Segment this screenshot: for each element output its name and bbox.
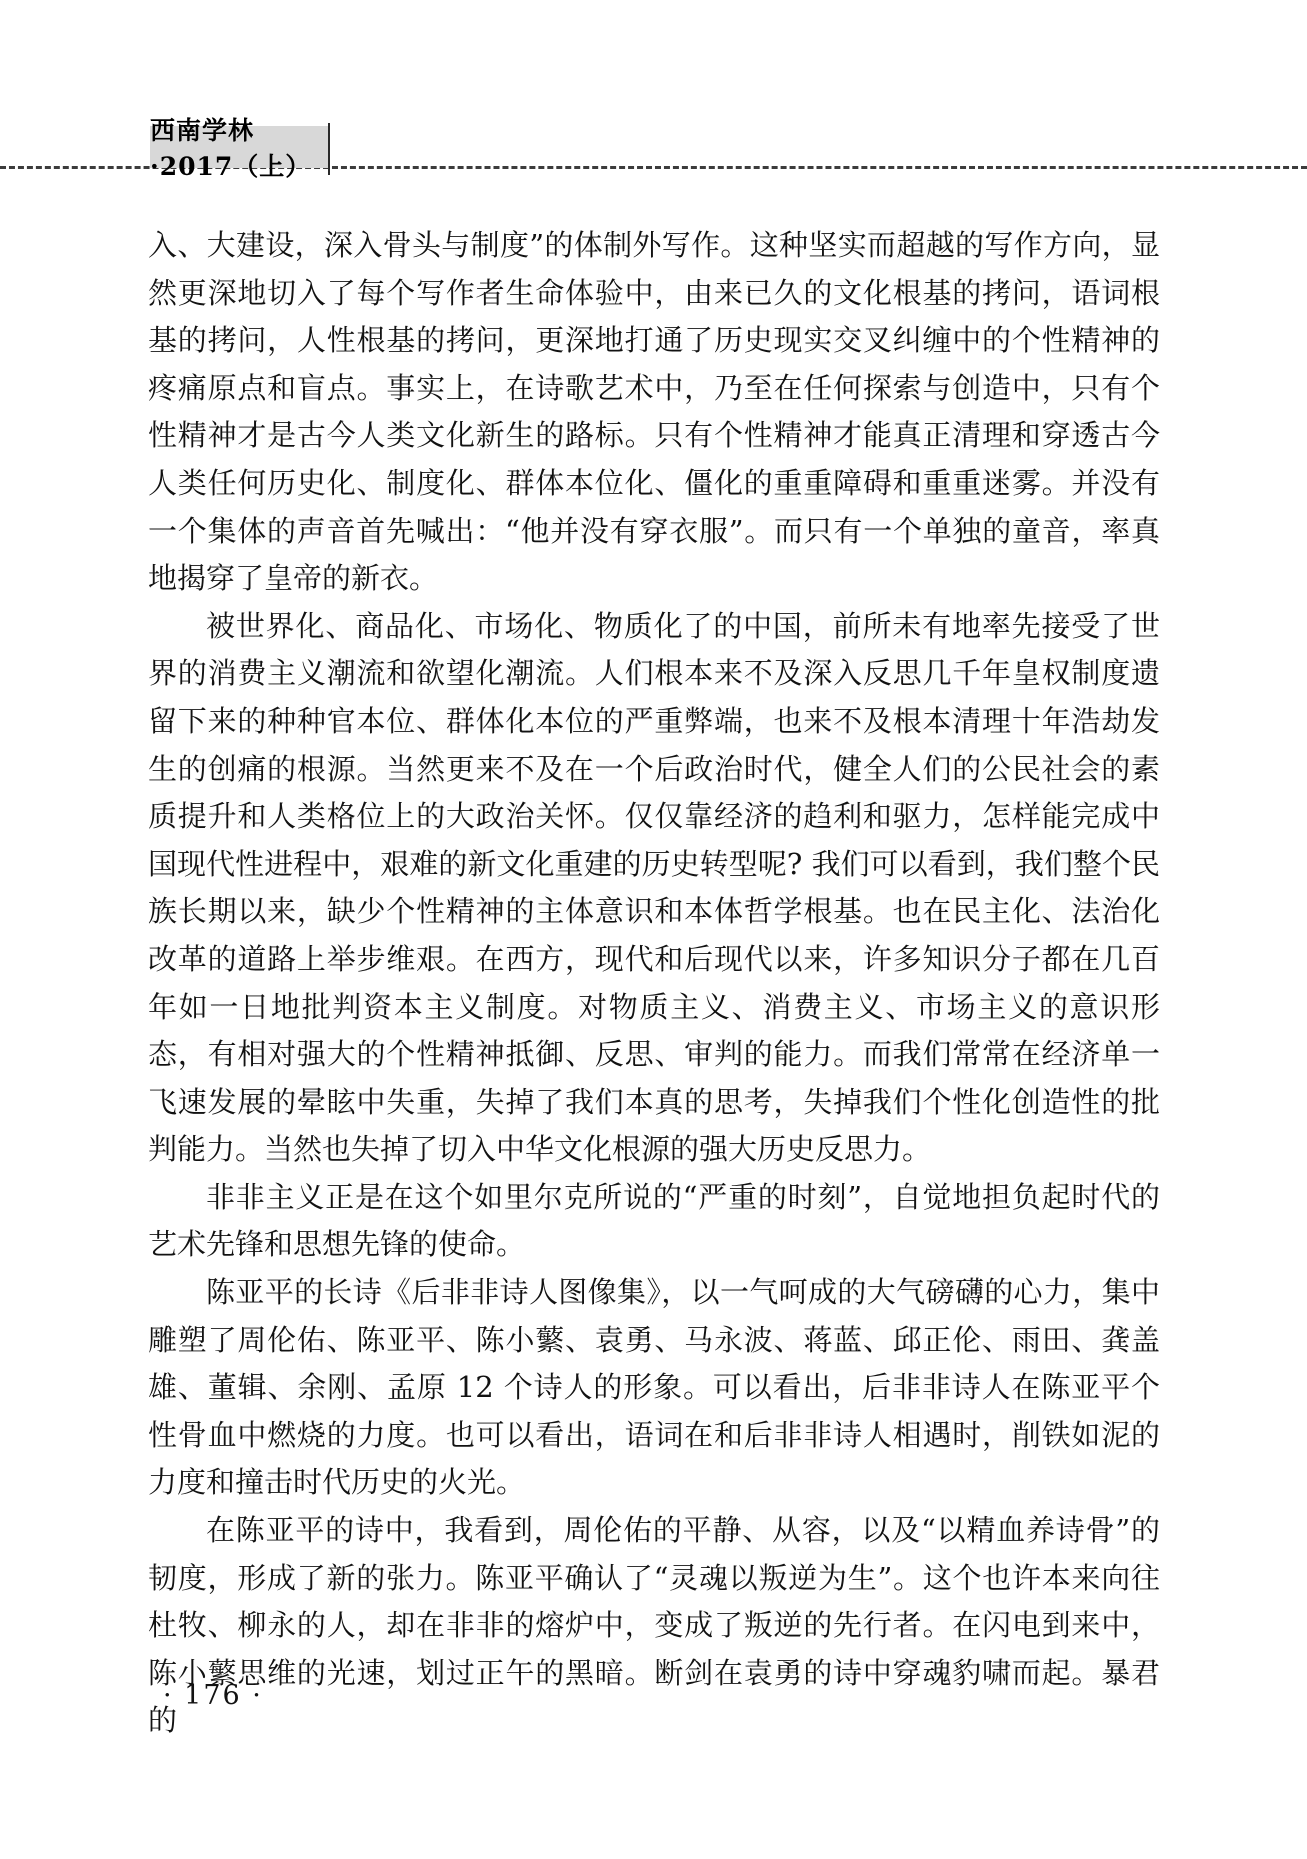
paragraph: 陈亚平的长诗《后非非诗人图像集》，以一气呵成的大气磅礴的心力，集中雕塑了周伦佑、… (148, 1269, 1160, 1507)
paragraph: 被世界化、商品化、市场化、物质化了的中国，前所未有地率先接受了世界的消费主义潮流… (148, 603, 1160, 1174)
paragraph-continuation: 入、大建设，深入骨头与制度”的体制外写作。这种坚实而超越的写作方向，显然更深地切… (148, 222, 1160, 603)
document-page: 西南学林·2017（上） 入、大建设，深入骨头与制度”的体制外写作。这种坚实而超… (0, 0, 1307, 1859)
page-number: · 176 · (163, 1680, 263, 1711)
article-body: 入、大建设，深入骨头与制度”的体制外写作。这种坚实而超越的写作方向，显然更深地切… (148, 222, 1160, 1745)
badge-right-tick (328, 123, 330, 175)
journal-header-badge: 西南学林·2017（上） (150, 126, 328, 168)
paragraph: 在陈亚平的诗中，我看到，周伦佑的平静、从容，以及“以精血养诗骨”的韧度，形成了新… (148, 1507, 1160, 1745)
journal-title: 西南学林·2017（上） (150, 111, 328, 183)
paragraph: 非非主义正是在这个如里尔克所说的“严重的时刻”，自觉地担负起时代的艺术先锋和思想… (148, 1174, 1160, 1269)
